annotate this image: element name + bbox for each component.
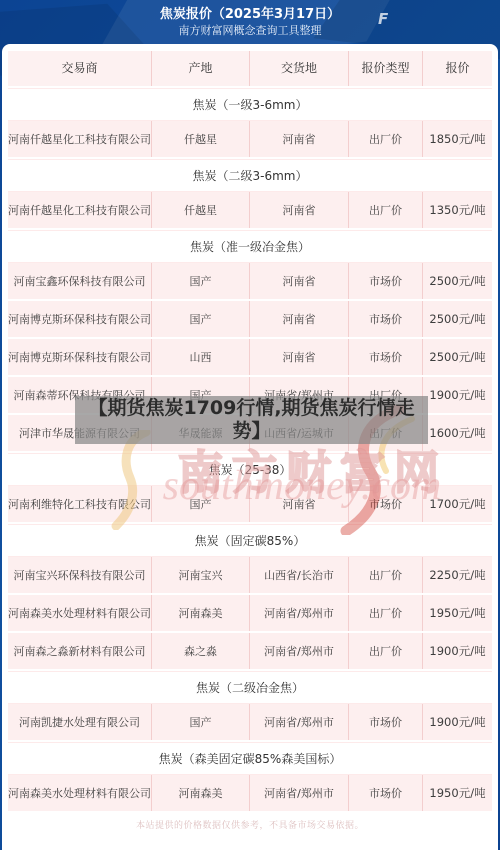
price-cell: 1700元/吨: [423, 486, 492, 522]
section-header-row: 焦炭（一级3-6mm）: [8, 88, 492, 121]
section-header-row: 焦炭（森美固定碳85%森美国标）: [8, 742, 492, 775]
page-title: 焦炭报价（2025年3月17日）: [0, 6, 500, 23]
delivery-cell: 山西省/长治市: [250, 557, 349, 593]
trader-cell: 河南森之淼新材料有限公司: [8, 633, 152, 669]
section-header-row: 焦炭（25-38）: [8, 453, 492, 486]
price-type-cell: 市场价: [349, 486, 423, 522]
price-cell: 1900元/吨: [423, 704, 492, 740]
price-type-cell: 出厂价: [349, 121, 423, 157]
section-header-row: 焦炭（二级冶金焦）: [8, 671, 492, 704]
table-row: 河南森之淼新材料有限公司森之淼河南省/郑州市出厂价1900元/吨: [8, 633, 492, 669]
origin-cell: 河南宝兴: [152, 557, 250, 593]
price-cell: 1950元/吨: [423, 595, 492, 631]
table-row: 河南宝鑫环保科技有限公司国产河南省市场价2500元/吨: [8, 263, 492, 299]
top-banner: 焦炭报价（2025年3月17日） 南方财富网概念查询工具整理: [0, 0, 500, 44]
price-cell: 2500元/吨: [423, 263, 492, 299]
price-type-cell: 市场价: [349, 263, 423, 299]
delivery-cell: 河南省: [250, 339, 349, 375]
table-row: 河南凯捷水处理有限公司国产河南省/郑州市市场价1900元/吨: [8, 704, 492, 740]
column-header-trader: 交易商: [8, 51, 152, 86]
delivery-cell: 河南省: [250, 121, 349, 157]
table-row: 河南森美水处理材料有限公司河南森美河南省/郑州市市场价1950元/吨: [8, 775, 492, 811]
price-cell: 1900元/吨: [423, 633, 492, 669]
trader-cell: 河南凯捷水处理有限公司: [8, 704, 152, 740]
delivery-cell: 河南省: [250, 263, 349, 299]
origin-cell: 河南森美: [152, 775, 250, 811]
price-cell: 1600元/吨: [423, 415, 492, 451]
section-header-row: 焦炭（固定碳85%）: [8, 524, 492, 557]
trader-cell: 河南宝兴环保科技有限公司: [8, 557, 152, 593]
overlay-line: 【期货焦炭1709行情,期货焦炭行情走: [75, 397, 428, 420]
trader-cell: 河南森美水处理材料有限公司: [8, 595, 152, 631]
column-header-delivery: 交货地: [250, 51, 349, 86]
trader-cell: 河南仟越星化工科技有限公司: [8, 121, 152, 157]
origin-cell: 国产: [152, 263, 250, 299]
origin-cell: 国产: [152, 486, 250, 522]
section-header-row: 焦炭（准一级冶金焦）: [8, 230, 492, 263]
table-header-row: 交易商产地交货地报价类型报价: [8, 51, 492, 86]
price-type-cell: 市场价: [349, 775, 423, 811]
price-type-cell: 市场价: [349, 704, 423, 740]
price-cell: 2500元/吨: [423, 301, 492, 337]
column-header-price: 报价: [423, 51, 492, 86]
price-table-card: 交易商产地交货地报价类型报价 焦炭（一级3-6mm）河南仟越星化工科技有限公司仟…: [2, 44, 498, 850]
column-header-price-type: 报价类型: [349, 51, 423, 86]
trader-cell: 河南宝鑫环保科技有限公司: [8, 263, 152, 299]
trader-cell: 河南博克斯环保科技有限公司: [8, 339, 152, 375]
trader-cell: 河南仟越星化工科技有限公司: [8, 192, 152, 228]
price-type-cell: 出厂价: [349, 192, 423, 228]
table-row: 河南仟越星化工科技有限公司仟越星河南省出厂价1850元/吨: [8, 121, 492, 157]
trader-cell: 河南博克斯环保科技有限公司: [8, 301, 152, 337]
price-type-cell: 出厂价: [349, 557, 423, 593]
delivery-cell: 河南省/郑州市: [250, 775, 349, 811]
table-row: 河南宝兴环保科技有限公司河南宝兴山西省/长治市出厂价2250元/吨: [8, 557, 492, 593]
article-title-overlay: 【期货焦炭1709行情,期货焦炭行情走 势】: [75, 396, 428, 444]
price-type-cell: 市场价: [349, 339, 423, 375]
price-type-cell: 市场价: [349, 301, 423, 337]
table-row: 河南森美水处理材料有限公司河南森美河南省/郑州市出厂价1950元/吨: [8, 595, 492, 631]
table-body: 焦炭（一级3-6mm）河南仟越星化工科技有限公司仟越星河南省出厂价1850元/吨…: [8, 88, 492, 811]
price-cell: 1900元/吨: [423, 377, 492, 413]
delivery-cell: 河南省/郑州市: [250, 595, 349, 631]
disclaimer-text: 本站提供的价格数据仅供参考，不具备市场交易依据。: [8, 813, 492, 835]
origin-cell: 森之淼: [152, 633, 250, 669]
price-cell: 1850元/吨: [423, 121, 492, 157]
origin-cell: 河南森美: [152, 595, 250, 631]
delivery-cell: 河南省: [250, 486, 349, 522]
section-header-row: 焦炭（二级3-6mm）: [8, 159, 492, 192]
price-cell: 1350元/吨: [423, 192, 492, 228]
delivery-cell: 河南省: [250, 192, 349, 228]
origin-cell: 仟越星: [152, 121, 250, 157]
delivery-cell: 河南省: [250, 301, 349, 337]
overlay-line: 势】: [75, 420, 428, 443]
table-row: 河南仟越星化工科技有限公司仟越星河南省出厂价1350元/吨: [8, 192, 492, 228]
page-subtitle: 南方财富网概念查询工具整理: [0, 23, 500, 38]
price-cell: 2500元/吨: [423, 339, 492, 375]
price-type-cell: 出厂价: [349, 595, 423, 631]
origin-cell: 仟越星: [152, 192, 250, 228]
table-row: 河南博克斯环保科技有限公司国产河南省市场价2500元/吨: [8, 301, 492, 337]
origin-cell: 国产: [152, 704, 250, 740]
delivery-cell: 河南省/郑州市: [250, 633, 349, 669]
trader-cell: 河南森美水处理材料有限公司: [8, 775, 152, 811]
origin-cell: 山西: [152, 339, 250, 375]
price-cell: 2250元/吨: [423, 557, 492, 593]
column-header-origin: 产地: [152, 51, 250, 86]
table-row: 河南博克斯环保科技有限公司山西河南省市场价2500元/吨: [8, 339, 492, 375]
price-type-cell: 出厂价: [349, 633, 423, 669]
trader-cell: 河南利维特化工科技有限公司: [8, 486, 152, 522]
table-row: 河南利维特化工科技有限公司国产河南省市场价1700元/吨: [8, 486, 492, 522]
origin-cell: 国产: [152, 301, 250, 337]
price-cell: 1950元/吨: [423, 775, 492, 811]
delivery-cell: 河南省/郑州市: [250, 704, 349, 740]
